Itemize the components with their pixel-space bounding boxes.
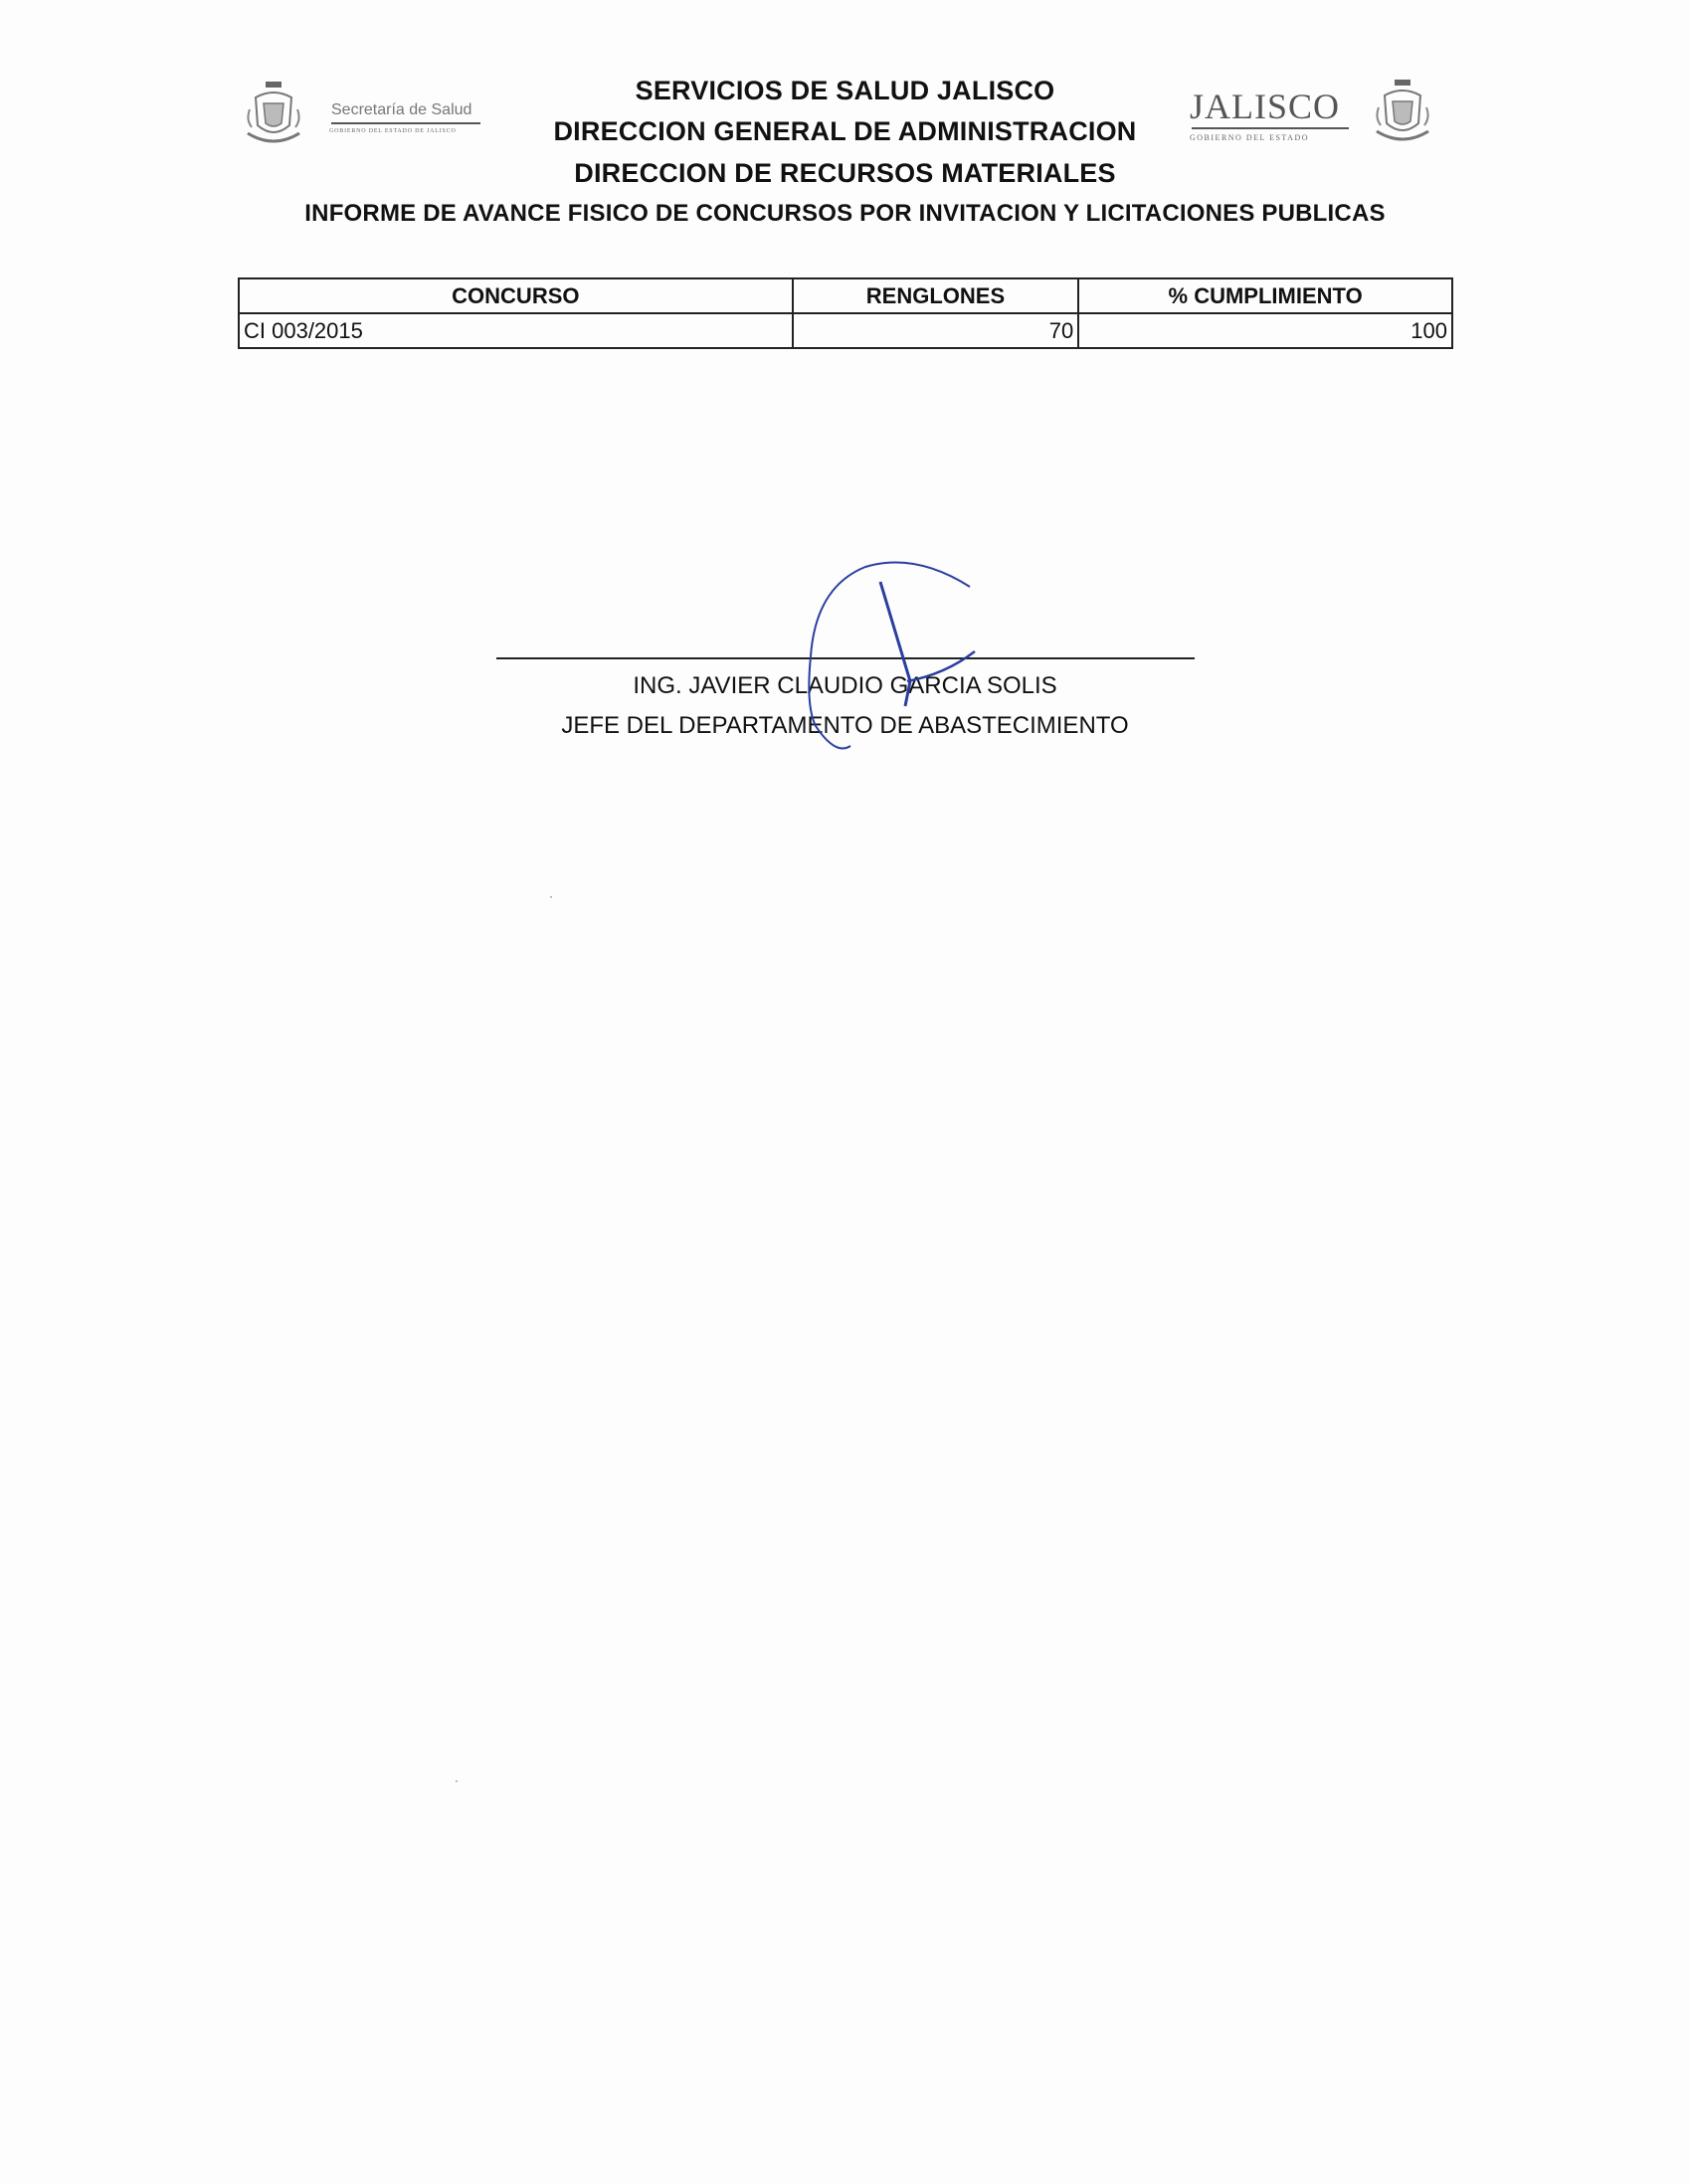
scan-speck [550,896,552,898]
column-header-renglones: RENGLONES [793,278,1079,313]
column-header-concurso: CONCURSO [239,278,793,313]
logo-right-title: JALISCO [1190,86,1340,127]
cell-cumplimiento: 100 [1078,313,1452,348]
table-header-row: CONCURSO RENGLONES % CUMPLIMIENTO [239,278,1452,313]
document-page: Secretaría de Salud GOBIERNO DEL ESTADO … [0,0,1690,2184]
jalisco-logo: JALISCO GOBIERNO DEL ESTADO [1184,78,1442,157]
table-row: CI 003/2015 70 100 [239,313,1452,348]
cell-renglones: 70 [793,313,1079,348]
report-title: INFORME DE AVANCE FISICO DE CONCURSOS PO… [0,200,1690,228]
signatory-role: JEFE DEL DEPARTAMENTO DE ABASTECIMIENTO [0,712,1690,740]
state-crest-icon [1373,78,1432,147]
scan-speck [456,1780,458,1782]
signatory-name: ING. JAVIER CLAUDIO GARCIA SOLIS [0,672,1690,700]
cell-concurso: CI 003/2015 [239,313,793,348]
header-line-3: DIRECCION DE RECURSOS MATERIALES [0,158,1690,189]
signature-line [496,657,1195,659]
contest-progress-table: CONCURSO RENGLONES % CUMPLIMIENTO CI 003… [238,277,1453,349]
logo-right-subtitle: GOBIERNO DEL ESTADO [1190,133,1309,142]
logo-right-rule [1192,127,1349,129]
column-header-cumplimiento: % CUMPLIMIENTO [1078,278,1452,313]
